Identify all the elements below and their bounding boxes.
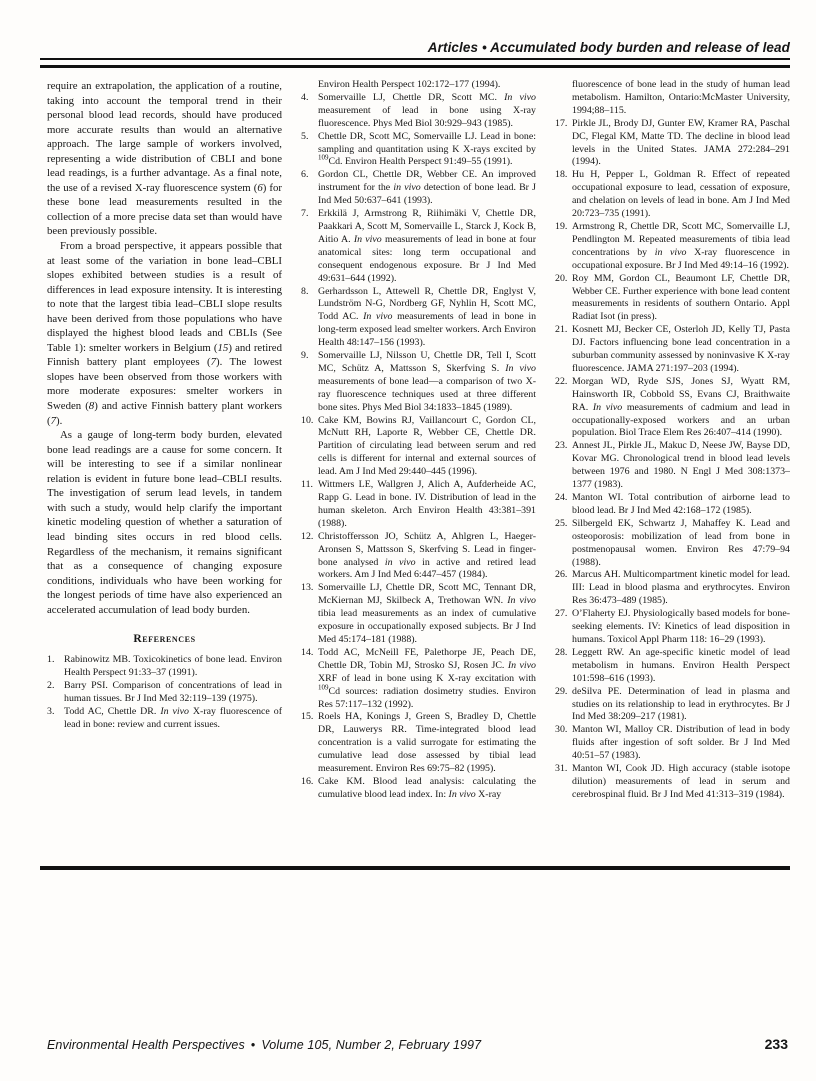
footer-citation: Environmental Health Perspectives•Volume… [47, 1038, 481, 1052]
reference-text: Todd AC, McNeill FE, Palethorpe JE, Peac… [318, 647, 536, 712]
body-paragraph: As a gauge of long-term body burden, ele… [47, 428, 282, 617]
reference-item: 2.Barry PSI. Comparison of concentration… [47, 680, 282, 706]
reference-item: 6.Gordon CL, Chettle DR, Webber CE. An i… [301, 169, 536, 208]
reference-text: Erkkilä J, Armstrong R, Riihimäki V, Che… [318, 208, 536, 285]
header-rule-thick [40, 65, 790, 69]
reference-text: Somervaille LJ, Chettle DR, Scott MC, Te… [318, 582, 536, 647]
reference-number: 2. [47, 680, 64, 706]
reference-text: Roy MM, Gordon CL, Beaumont LF, Chettle … [572, 273, 790, 325]
reference-number: 8. [301, 286, 318, 351]
reference-item: 23.Annest JL, Pirkle JL, Makuc D, Neese … [555, 440, 790, 492]
reference-item: 14.Todd AC, McNeill FE, Palethorpe JE, P… [301, 647, 536, 712]
reference-text: Rabinowitz MB. Toxicokinetics of bone le… [64, 654, 282, 680]
reference-text: fluorescence of bone lead in the study o… [572, 79, 790, 118]
reference-text: Todd AC, Chettle DR. In vivo X-ray fluor… [64, 706, 282, 732]
reference-number: 25. [555, 518, 572, 570]
reference-text: Silbergeld EK, Schwartz J, Mahaffey K. L… [572, 518, 790, 570]
reference-item: 9.Somervaille LJ, Nilsson U, Chettle DR,… [301, 350, 536, 415]
reference-number: 15. [301, 711, 318, 776]
reference-text: Armstrong R, Chettle DR, Scott MC, Somer… [572, 221, 790, 273]
reference-text: Somervaille LJ, Chettle DR, Scott MC. In… [318, 92, 536, 131]
reference-text: Morgan WD, Ryde SJS, Jones SJ, Wyatt RM,… [572, 376, 790, 441]
reference-number: 4. [301, 92, 318, 131]
reference-item: 10.Cake KM, Bowins RJ, Vaillancourt C, G… [301, 415, 536, 480]
body-paragraph: From a broad perspective, it appears pos… [47, 239, 282, 428]
reference-number: 9. [301, 350, 318, 415]
body-paragraphs: require an extrapolation, the applicatio… [47, 79, 282, 617]
page-number: 233 [765, 1036, 788, 1052]
reference-number: 6. [301, 169, 318, 208]
reference-item: 25.Silbergeld EK, Schwartz J, Mahaffey K… [555, 518, 790, 570]
reference-number: 20. [555, 273, 572, 325]
reference-number: 7. [301, 208, 318, 285]
footer-separator: • [245, 1038, 261, 1052]
reference-text: Manton WI, Malloy CR. Distribution of le… [572, 724, 790, 763]
reference-number: 13. [301, 582, 318, 647]
reference-text: Environ Health Perspect 102:172–177 (199… [318, 79, 536, 92]
reference-text: Annest JL, Pirkle JL, Makuc D, Neese JW,… [572, 440, 790, 492]
reference-text: Leggett RW. An age-specific kinetic mode… [572, 647, 790, 686]
reference-item: fluorescence of bone lead in the study o… [555, 79, 790, 118]
reference-item: 15.Roels HA, Konings J, Green S, Bradley… [301, 711, 536, 776]
reference-number: 3. [47, 706, 64, 732]
reference-text: Gerhardsson L, Attewell R, Chettle DR, E… [318, 286, 536, 351]
column-right: fluorescence of bone lead in the study o… [555, 79, 790, 858]
reference-number: 19. [555, 221, 572, 273]
reference-item: 5.Chettle DR, Scott MC, Somervaille LJ. … [301, 131, 536, 170]
body-paragraph: require an extrapolation, the applicatio… [47, 79, 282, 239]
reference-text: Roels HA, Konings J, Green S, Bradley D,… [318, 711, 536, 776]
reference-number: 22. [555, 376, 572, 441]
reference-text: Somervaille LJ, Nilsson U, Chettle DR, T… [318, 350, 536, 415]
issue-info: Volume 105, Number 2, February 1997 [261, 1038, 481, 1052]
reference-text: Hu H, Pepper L, Goldman R. Effect of rep… [572, 169, 790, 221]
reference-item: 8.Gerhardsson L, Attewell R, Chettle DR,… [301, 286, 536, 351]
reference-item: 17.Pirkle JL, Brody DJ, Gunter EW, Krame… [555, 118, 790, 170]
reference-number: 28. [555, 647, 572, 686]
reference-number [555, 79, 572, 118]
journal-name: Environmental Health Perspectives [47, 1038, 245, 1052]
reference-item: 21.Kosnett MJ, Becker CE, Osterloh JD, K… [555, 324, 790, 376]
article-body: require an extrapolation, the applicatio… [0, 79, 816, 858]
column-middle: Environ Health Perspect 102:172–177 (199… [301, 79, 536, 858]
reference-text: Barry PSI. Comparison of concentrations … [64, 680, 282, 706]
reference-item: 31.Manton WI, Cook JD. High accuracy (st… [555, 763, 790, 802]
reference-item: 7.Erkkilä J, Armstrong R, Riihimäki V, C… [301, 208, 536, 285]
column-left: require an extrapolation, the applicatio… [47, 79, 282, 858]
reference-item: 11.Wittmers LE, Wallgren J, Alich A, Auf… [301, 479, 536, 531]
reference-number: 29. [555, 686, 572, 725]
reference-number: 18. [555, 169, 572, 221]
reference-text: Chettle DR, Scott MC, Somervaille LJ. Le… [318, 131, 536, 170]
reference-item: 19.Armstrong R, Chettle DR, Scott MC, So… [555, 221, 790, 273]
reference-list-right: fluorescence of bone lead in the study o… [555, 79, 790, 802]
reference-number: 27. [555, 608, 572, 647]
reference-item: 3.Todd AC, Chettle DR. In vivo X-ray flu… [47, 706, 282, 732]
reference-number: 24. [555, 492, 572, 518]
reference-item: 12.Christoffersson JO, Schütz A, Ahlgren… [301, 531, 536, 583]
reference-text: Cake KM. Blood lead analysis: calculatin… [318, 776, 536, 802]
reference-text: O’Flaherty EJ. Physiologically based mod… [572, 608, 790, 647]
page-footer: Environmental Health Perspectives•Volume… [47, 1036, 788, 1052]
reference-item: 26.Marcus AH. Multicompartment kinetic m… [555, 569, 790, 608]
reference-number: 30. [555, 724, 572, 763]
reference-number: 14. [301, 647, 318, 712]
journal-page: Articles • Accumulated body burden and r… [0, 0, 816, 1081]
reference-item: 30.Manton WI, Malloy CR. Distribution of… [555, 724, 790, 763]
reference-item: 28.Leggett RW. An age-specific kinetic m… [555, 647, 790, 686]
reference-number: 23. [555, 440, 572, 492]
reference-number [301, 79, 318, 92]
reference-text: Marcus AH. Multicompartment kinetic mode… [572, 569, 790, 608]
reference-number: 21. [555, 324, 572, 376]
page-header: Articles • Accumulated body burden and r… [0, 0, 816, 68]
reference-item: 24.Manton WI. Total contribution of airb… [555, 492, 790, 518]
running-head: Articles • Accumulated body burden and r… [40, 40, 790, 58]
reference-item: 29.deSilva PE. Determination of lead in … [555, 686, 790, 725]
reference-text: Kosnett MJ, Becker CE, Osterloh JD, Kell… [572, 324, 790, 376]
reference-item: 22.Morgan WD, Ryde SJS, Jones SJ, Wyatt … [555, 376, 790, 441]
reference-item: 18.Hu H, Pepper L, Goldman R. Effect of … [555, 169, 790, 221]
reference-number: 10. [301, 415, 318, 480]
reference-item: 4.Somervaille LJ, Chettle DR, Scott MC. … [301, 92, 536, 131]
reference-text: Wittmers LE, Wallgren J, Alich A, Aufder… [318, 479, 536, 531]
reference-number: 1. [47, 654, 64, 680]
reference-text: deSilva PE. Determination of lead in pla… [572, 686, 790, 725]
reference-text: Cake KM, Bowins RJ, Vaillancourt C, Gord… [318, 415, 536, 480]
reference-text: Gordon CL, Chettle DR, Webber CE. An imp… [318, 169, 536, 208]
reference-number: 17. [555, 118, 572, 170]
reference-list-left: 1.Rabinowitz MB. Toxicokinetics of bone … [47, 654, 282, 731]
reference-number: 12. [301, 531, 318, 583]
reference-item: 13.Somervaille LJ, Chettle DR, Scott MC,… [301, 582, 536, 647]
reference-text: Christoffersson JO, Schütz A, Ahlgren L,… [318, 531, 536, 583]
header-rule-thin [40, 58, 790, 60]
reference-number: 11. [301, 479, 318, 531]
reference-list-middle: Environ Health Perspect 102:172–177 (199… [301, 79, 536, 802]
reference-number: 26. [555, 569, 572, 608]
references-heading: References [47, 633, 282, 645]
reference-item: 16.Cake KM. Blood lead analysis: calcula… [301, 776, 536, 802]
reference-text: Pirkle JL, Brody DJ, Gunter EW, Kramer R… [572, 118, 790, 170]
reference-text: Manton WI, Cook JD. High accuracy (stabl… [572, 763, 790, 802]
reference-item: 27.O’Flaherty EJ. Physiologically based … [555, 608, 790, 647]
reference-number: 5. [301, 131, 318, 170]
reference-item: Environ Health Perspect 102:172–177 (199… [301, 79, 536, 92]
reference-number: 31. [555, 763, 572, 802]
footer-rule [40, 866, 790, 870]
reference-item: 20.Roy MM, Gordon CL, Beaumont LF, Chett… [555, 273, 790, 325]
reference-number: 16. [301, 776, 318, 802]
reference-text: Manton WI. Total contribution of airborn… [572, 492, 790, 518]
reference-item: 1.Rabinowitz MB. Toxicokinetics of bone … [47, 654, 282, 680]
